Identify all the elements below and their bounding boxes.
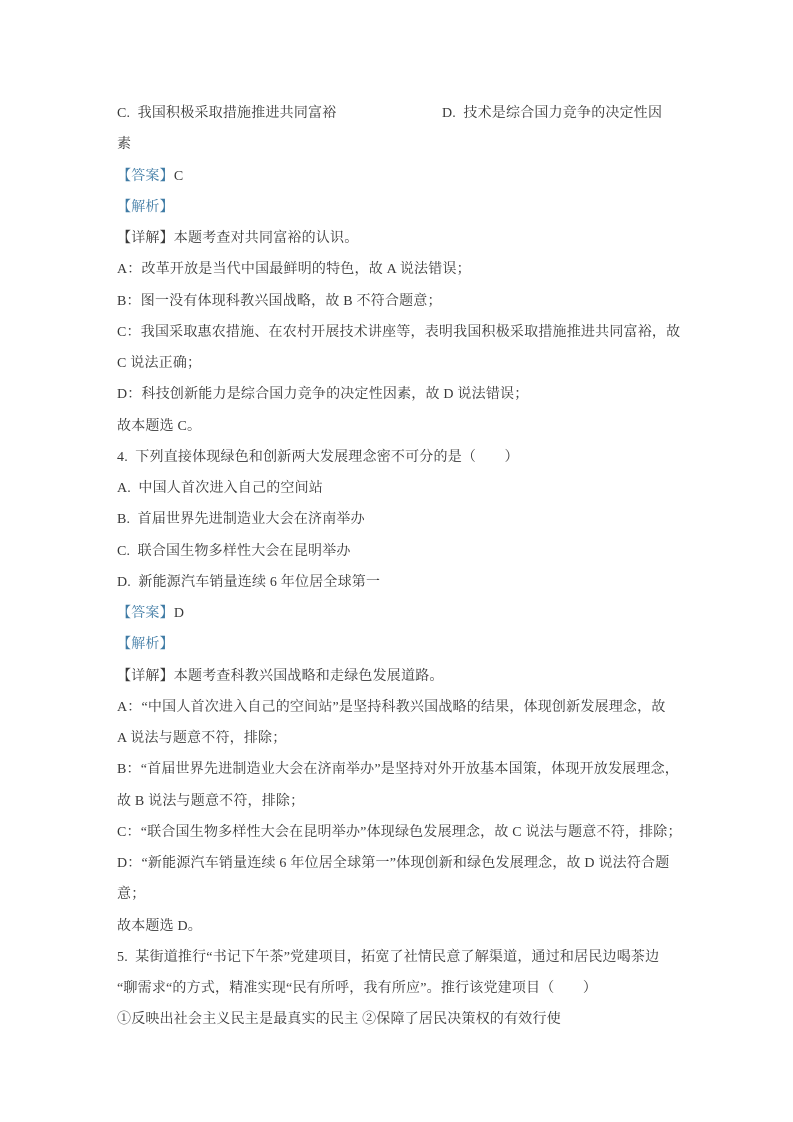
text-line: 故本题选 D。	[117, 911, 679, 942]
answer-line: 【答案】C	[117, 161, 679, 192]
answer-value: D	[174, 606, 184, 621]
option-d-text: D. 技术是综合国力竞争的决定性因	[442, 98, 662, 129]
analysis-tag: 【解析】	[117, 200, 174, 215]
option-row: C. 我国积极采取措施推进共同富裕D. 技术是综合国力竞争的决定性因	[117, 98, 679, 129]
text-line: B：“首届世界先进制造业大会在济南举办”是坚持对外开放基本国策，体现开放发展理念…	[117, 754, 679, 785]
text-line: D：“新能源汽车销量连续 6 年位居全球第一”体现创新和绿色发展理念，故 D 说…	[117, 848, 679, 879]
text-line: 【详解】本题考查科教兴国战略和走绿色发展道路。	[117, 661, 679, 692]
text-line: 故本题选 C。	[117, 411, 679, 442]
text-line: “聊需求“的方式，精准实现“民有所呼，我有所应”。推行该党建项目（ ）	[117, 973, 679, 1004]
answer-tag: 【答案】	[117, 169, 174, 184]
answer-value: C	[174, 169, 184, 184]
option-c-text: C. 我国积极采取措施推进共同富裕	[117, 106, 336, 121]
analysis-line: 【解析】	[117, 629, 679, 660]
analysis-tag: 【解析】	[117, 637, 174, 652]
document-content: C. 我国积极采取措施推进共同富裕D. 技术是综合国力竞争的决定性因素【答案】C…	[117, 98, 679, 1036]
text-line: 意；	[117, 879, 679, 910]
text-line: C：“联合国生物多样性大会在昆明举办”体现绿色发展理念，故 C 说法与题意不符，…	[117, 817, 679, 848]
answer-line: 【答案】D	[117, 598, 679, 629]
text-line: 故 B 说法与题意不符，排除；	[117, 786, 679, 817]
text-line: C：我国采取惠农措施、在农村开展技术讲座等，表明我国积极采取措施推进共同富裕，故	[117, 317, 679, 348]
answer-tag: 【答案】	[117, 606, 174, 621]
text-line: 5. 某街道推行“书记下午茶”党建项目，拓宽了社情民意了解渠道，通过和居民边喝茶…	[117, 942, 679, 973]
text-line: ①反映出社会主义民主是最真实的民主 ②保障了居民决策权的有效行使	[117, 1004, 679, 1035]
text-line: A：改革开放是当代中国最鲜明的特色，故 A 说法错误；	[117, 254, 679, 285]
text-line: D. 新能源汽车销量连续 6 年位居全球第一	[117, 567, 679, 598]
text-line: 【详解】本题考查对共同富裕的认识。	[117, 223, 679, 254]
text-line: A：“中国人首次进入自己的空间站”是坚持科教兴国战略的结果，体现创新发展理念，故	[117, 692, 679, 723]
text-line: A. 中国人首次进入自己的空间站	[117, 473, 679, 504]
text-line: A 说法与题意不符，排除；	[117, 723, 679, 754]
analysis-line: 【解析】	[117, 192, 679, 223]
text-line: 素	[117, 129, 679, 160]
text-line: C 说法正确；	[117, 348, 679, 379]
document-page: C. 我国积极采取措施推进共同富裕D. 技术是综合国力竞争的决定性因素【答案】C…	[0, 0, 793, 1122]
text-line: B. 首届世界先进制造业大会在济南举办	[117, 504, 679, 535]
text-line: B：图一没有体现科教兴国战略，故 B 不符合题意；	[117, 286, 679, 317]
text-line: 4. 下列直接体现绿色和创新两大发展理念密不可分的是（ ）	[117, 442, 679, 473]
text-line: C. 联合国生物多样性大会在昆明举办	[117, 536, 679, 567]
text-line: D：科技创新能力是综合国力竞争的决定性因素，故 D 说法错误；	[117, 379, 679, 410]
